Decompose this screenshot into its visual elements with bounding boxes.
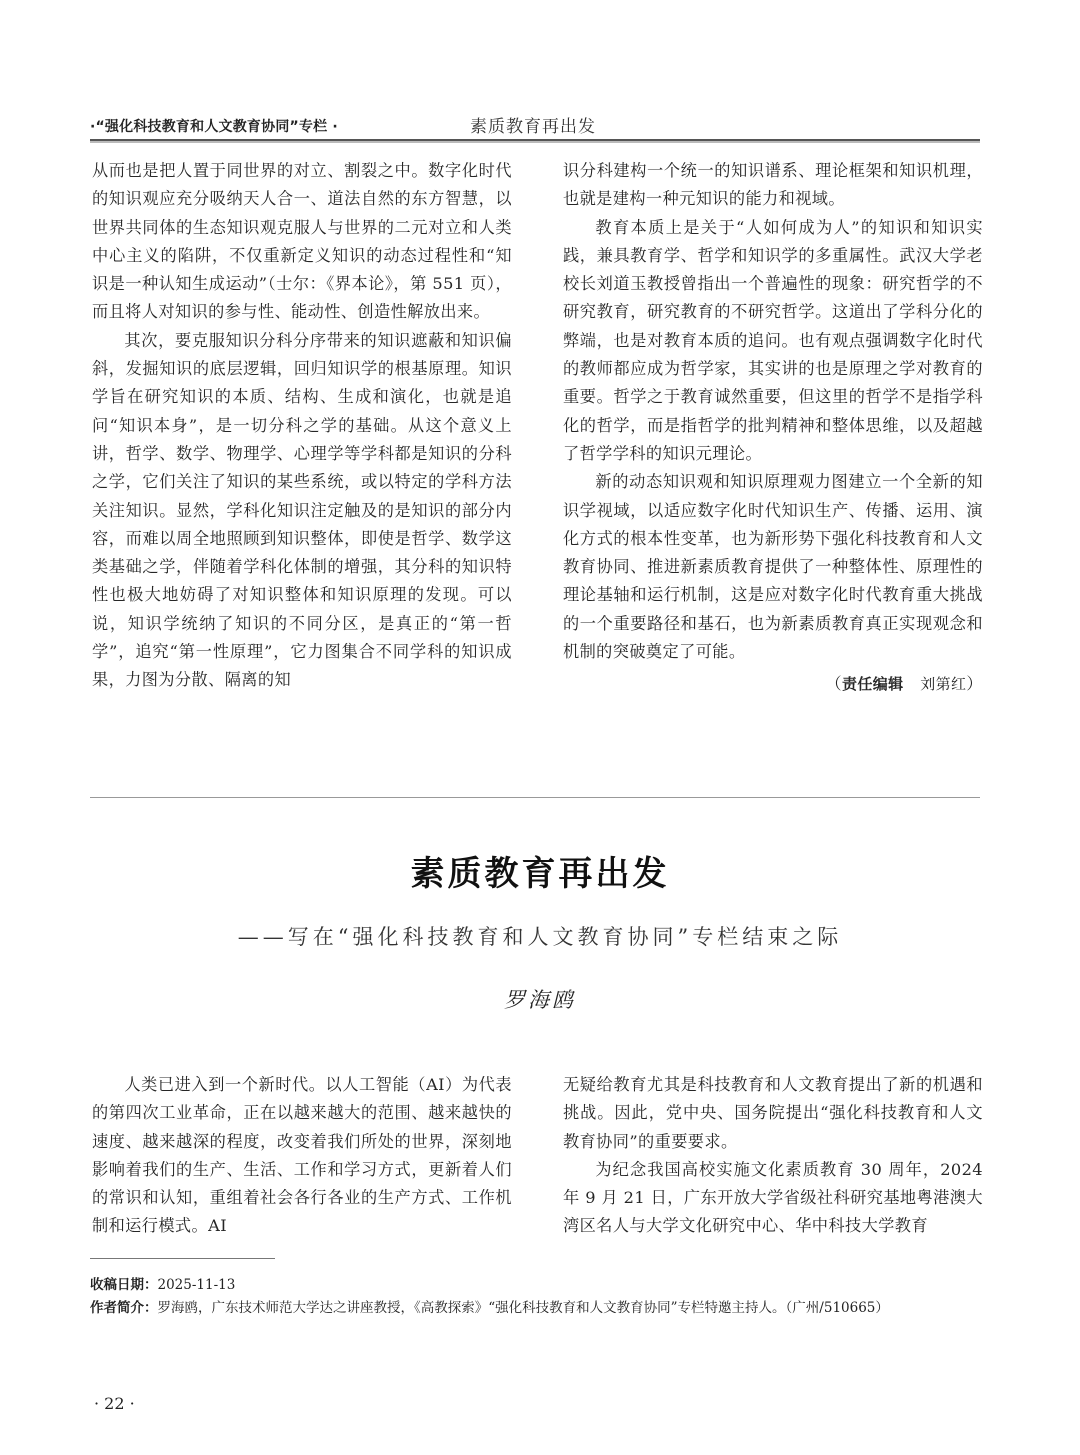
- article-subtitle: ——写在“强化科技教育和人文教育协同”专栏结束之际: [0, 921, 1080, 951]
- footnotes: 收稿日期： 2025-11-13 作者简介： 罗海鸥，广东技术师范大学达之讲座教…: [90, 1274, 980, 1320]
- article-author: 罗海鸥: [0, 984, 1080, 1014]
- paragraph: 教育本质上是关于“人如何成为人”的知识和知识实践，兼具教育学、哲学和知识学的多重…: [563, 214, 983, 469]
- received-date-value: 2025-11-13: [158, 1274, 981, 1297]
- article-separator: [90, 797, 980, 798]
- editor-label: 责任编辑: [842, 675, 904, 693]
- paragraph: 为纪念我国高校实施文化素质教育 30 周年，2024 年 9 月 21 日，广东…: [563, 1156, 983, 1241]
- author-bio-value: 罗海鸥，广东技术师范大学达之讲座教授，《高教探索》“强化科技教育和人文教育协同”…: [158, 1297, 981, 1320]
- received-date-label: 收稿日期：: [90, 1274, 158, 1297]
- column-label: ·“强化科技教育和人文教育协同”专栏 ·: [90, 116, 338, 136]
- footnote-rule: [90, 1258, 275, 1259]
- paragraph: 无疑给教育尤其是科技教育和人文教育提出了新的机遇和挑战。因此，党中央、国务院提出…: [563, 1071, 983, 1156]
- article-right-column: 无疑给教育尤其是科技教育和人文教育提出了新的机遇和挑战。因此，党中央、国务院提出…: [563, 1071, 983, 1241]
- running-header: ·“强化科技教育和人文教育协同”专栏 · 素质教育再出发: [90, 112, 980, 136]
- editor-note-open: （: [825, 674, 842, 693]
- page-number: · 22 ·: [94, 1394, 135, 1413]
- editor-note-close: ）: [966, 674, 983, 693]
- paragraph: 其次，要克服知识分科分序带来的知识遮蔽和知识偏斜，发掘知识的底层逻辑，回归知识学…: [92, 327, 512, 695]
- paragraph: 从而也是把人置于同世界的对立、割裂之中。数字化时代的知识观应充分吸纳天人合一、道…: [92, 157, 512, 327]
- editor-note: （责任编辑 刘第红）: [563, 670, 983, 698]
- paragraph: 新的动态知识观和知识原理观力图建立一个全新的知识学视域，以适应数字化时代知识生产…: [563, 468, 983, 666]
- header-rule: [90, 139, 980, 141]
- paragraph: 人类已进入到一个新时代。以人工智能（AI）为代表的第四次工业革命，正在以越来越大…: [92, 1071, 512, 1241]
- editor-name: 刘第红: [920, 675, 966, 693]
- running-title: 素质教育再出发: [470, 112, 596, 137]
- paragraph: 识分科建构一个统一的知识谱系、理论框架和知识机理，也就是建构一种元知识的能力和视…: [563, 157, 983, 214]
- received-date: 收稿日期： 2025-11-13: [90, 1274, 980, 1297]
- previous-article-right-column: 识分科建构一个统一的知识谱系、理论框架和知识机理，也就是建构一种元知识的能力和视…: [563, 157, 983, 699]
- author-bio: 作者简介： 罗海鸥，广东技术师范大学达之讲座教授，《高教探索》“强化科技教育和人…: [90, 1297, 980, 1320]
- article-left-column: 人类已进入到一个新时代。以人工智能（AI）为代表的第四次工业革命，正在以越来越大…: [92, 1071, 512, 1241]
- article-title: 素质教育再出发: [0, 846, 1080, 895]
- previous-article-left-column: 从而也是把人置于同世界的对立、割裂之中。数字化时代的知识观应充分吸纳天人合一、道…: [92, 157, 512, 695]
- author-bio-label: 作者简介：: [90, 1297, 158, 1320]
